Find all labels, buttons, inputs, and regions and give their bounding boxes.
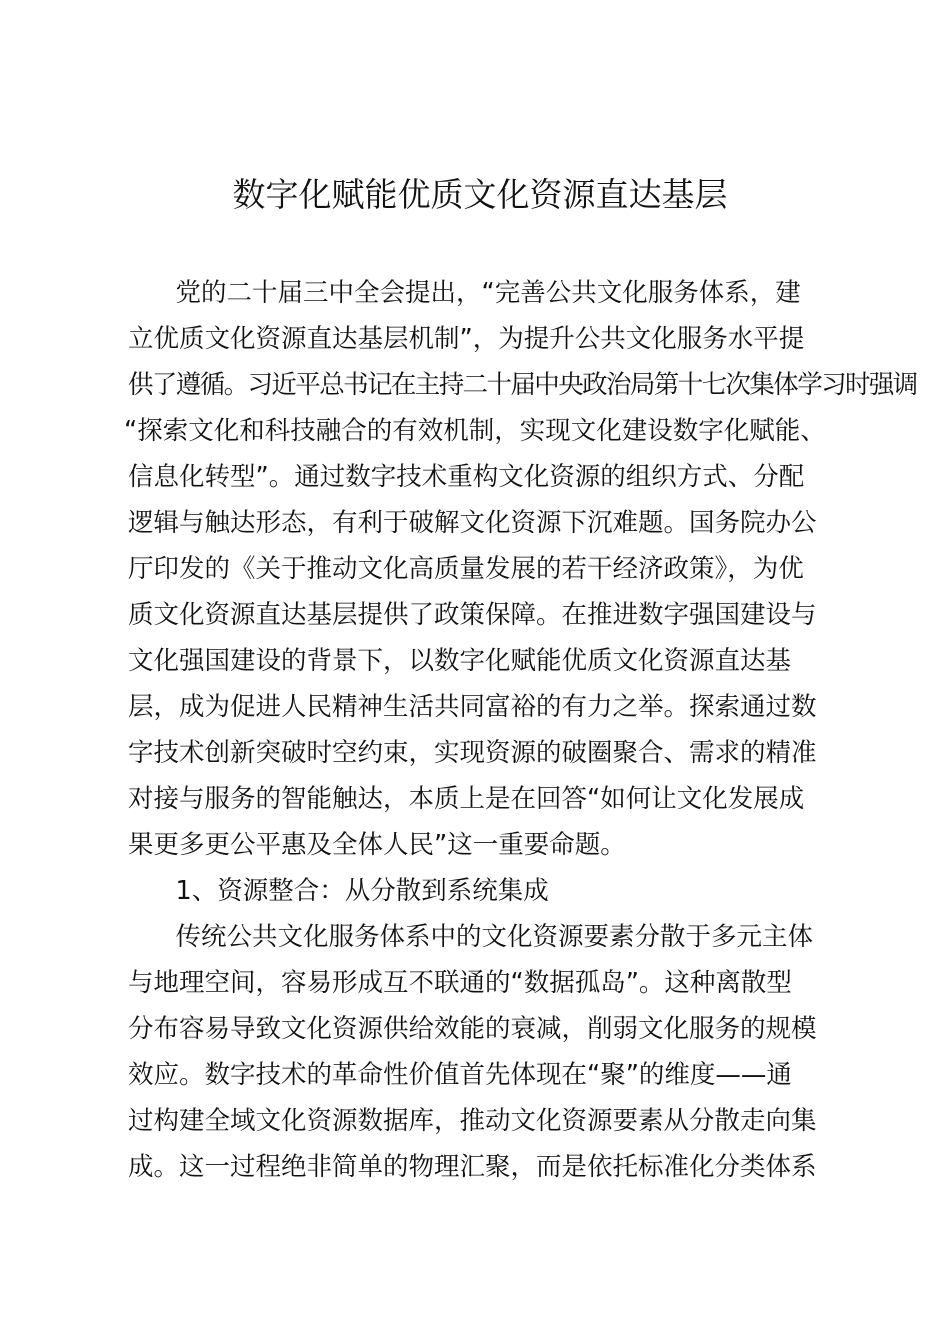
paragraph-line: 过构建全域文化资源数据库，推动文化资源要素从分散走向集 [128,1098,817,1144]
document-title: 数字化赋能优质文化资源直达基层 [0,172,950,218]
paragraph-line: 果更多更公平惠及全体人民”这一重要命题。 [128,822,626,868]
paragraph-line: 字技术创新突破时空约束，实现资源的破圈聚合、需求的精准 [128,730,817,776]
paragraph-line: 分布容易导致文化资源供给效能的衰减，削弱文化服务的规模 [128,1006,817,1052]
paragraph-line: 立优质文化资源直达基层机制”，为提升公共文化服务水平提 [128,316,804,362]
paragraph-line: 传统公共文化服务体系中的文化资源要素分散于多元主体 [150,914,813,960]
paragraph-line: 与地理空间，容易形成互不联通的“数据孤岛”。这种离散型 [128,960,792,1006]
paragraph-line: 文化强国建设的背景下，以数字化赋能优质文化资源直达基 [128,638,791,684]
paragraph-line: 供了遵循。习近平总书记在主持二十届中央政治局第十七次集体学习时强调 [128,362,917,408]
paragraph-line: 质文化资源直达基层提供了政策保障。在推进数字强国建设与 [128,592,817,638]
paragraph-line: 信息化转型”。通过数字技术重构文化资源的组织方式、分配 [128,454,804,500]
paragraph-line: “探索文化和科技融合的有效机制，实现文化建设数字化赋能、 [124,408,826,454]
document-page: 数字化赋能优质文化资源直达基层 党的二十届三中全会提出，“完善公共文化服务体系，… [0,0,950,1344]
paragraph-line: 厅印发的《关于推动文化高质量发展的若干经济政策》，为优 [128,546,804,592]
paragraph-line: 层，成为促进人民精神生活共同富裕的有力之举。探索通过数 [128,684,817,730]
paragraph-line: 对接与服务的智能触达，本质上是在回答“如何让文化发展成 [128,776,804,822]
paragraph-line: 效应。数字技术的革命性价值首先体现在“聚”的维度——通 [128,1052,792,1098]
section-heading: 1、资源整合：从分散到系统集成 [150,868,549,914]
paragraph-line: 逻辑与触达形态，有利于破解文化资源下沉难题。国务院办公 [128,500,817,546]
paragraph-line: 党的二十届三中全会提出，“完善公共文化服务体系，建 [150,270,801,316]
paragraph-line: 成。这一过程绝非简单的物理汇聚，而是依托标准化分类体系 [128,1144,817,1190]
